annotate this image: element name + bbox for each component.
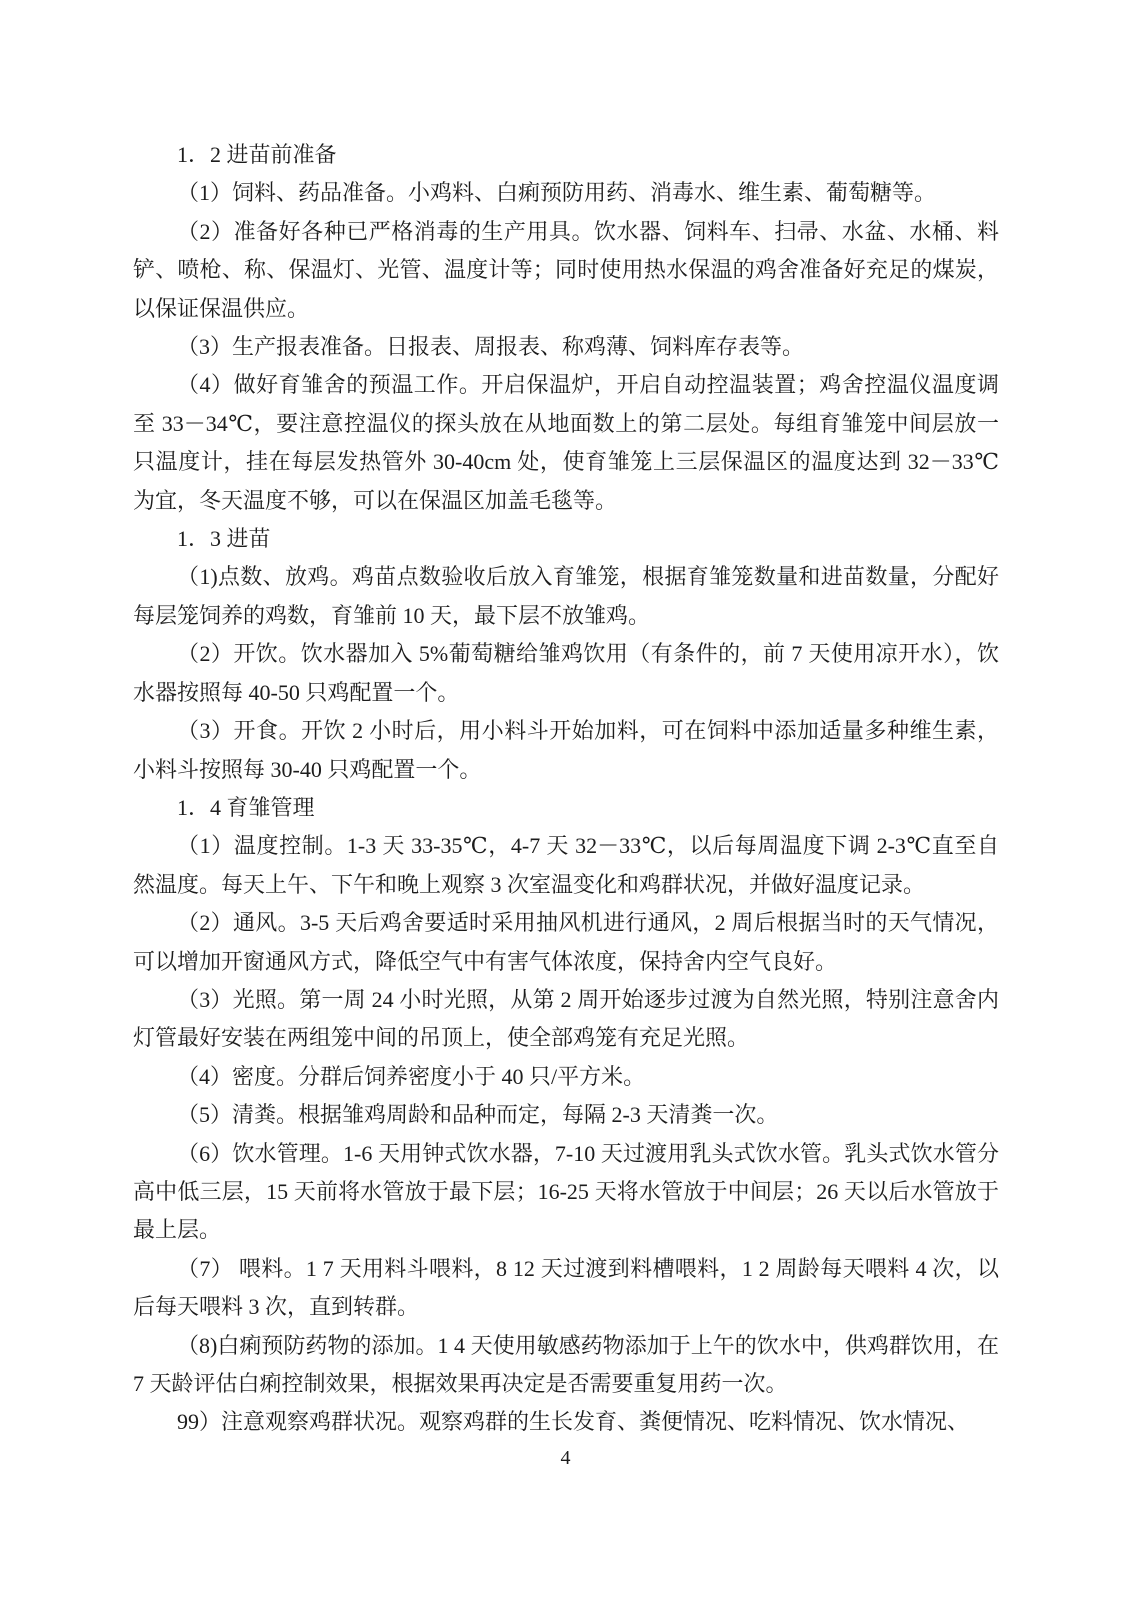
- section-heading: 1．2 进苗前准备: [133, 136, 999, 174]
- paragraph: （5）清粪。根据雏鸡周龄和品种而定，每隔 2-3 天清粪一次。: [133, 1096, 999, 1134]
- document-body: 1．2 进苗前准备（1）饲料、药品准备。小鸡料、白痢预防用药、消毒水、维生素、葡…: [133, 136, 999, 1442]
- paragraph: 99）注意观察鸡群状况。观察鸡群的生长发育、粪便情况、吃料情况、饮水情况、: [133, 1403, 999, 1441]
- paragraph: （3）光照。第一周 24 小时光照，从第 2 周开始逐步过渡为自然光照，特别注意…: [133, 981, 999, 1058]
- paragraph: （8)白痢预防药物的添加。1 4 天使用敏感药物添加于上午的饮水中，供鸡群饮用，…: [133, 1327, 999, 1404]
- section-heading: 1．3 进苗: [133, 520, 999, 558]
- section-heading: 1．4 育雏管理: [133, 789, 999, 827]
- paragraph: （6）饮水管理。1-6 天用钟式饮水器，7-10 天过渡用乳头式饮水管。乳头式饮…: [133, 1135, 999, 1250]
- paragraph: （4）做好育雏舍的预温工作。开启保温炉，开启自动控温装置；鸡舍控温仪温度调至 3…: [133, 366, 999, 520]
- paragraph: （3）开食。开饮 2 小时后，用小料斗开始加料，可在饲料中添加适量多种维生素，小…: [133, 712, 999, 789]
- paragraph: （1）饲料、药品准备。小鸡料、白痢预防用药、消毒水、维生素、葡萄糖等。: [133, 174, 999, 212]
- paragraph: （2）通风。3-5 天后鸡舍要适时采用抽风机进行通风，2 周后根据当时的天气情况…: [133, 904, 999, 981]
- paragraph: （2）开饮。饮水器加入 5%葡萄糖给雏鸡饮用（有条件的，前 7 天使用凉开水），…: [133, 635, 999, 712]
- paragraph: （3）生产报表准备。日报表、周报表、称鸡薄、饲料库存表等。: [133, 328, 999, 366]
- page-number: 4: [561, 1447, 571, 1469]
- paragraph: （7） 喂料。1 7 天用料斗喂料，8 12 天过渡到料槽喂料，1 2 周龄每天…: [133, 1250, 999, 1327]
- page-footer: 4: [0, 1447, 1131, 1470]
- paragraph: （1）温度控制。1-3 天 33-35℃，4-7 天 32－33℃，以后每周温度…: [133, 827, 999, 904]
- paragraph: （1)点数、放鸡。鸡苗点数验收后放入育雏笼，根据育雏笼数量和进苗数量，分配好每层…: [133, 558, 999, 635]
- paragraph: （4）密度。分群后饲养密度小于 40 只/平方米。: [133, 1058, 999, 1096]
- document-page: 1．2 进苗前准备（1）饲料、药品准备。小鸡料、白痢预防用药、消毒水、维生素、葡…: [0, 0, 1131, 1600]
- paragraph: （2）准备好各种已严格消毒的生产用具。饮水器、饲料车、扫帚、水盆、水桶、料铲、喷…: [133, 213, 999, 328]
